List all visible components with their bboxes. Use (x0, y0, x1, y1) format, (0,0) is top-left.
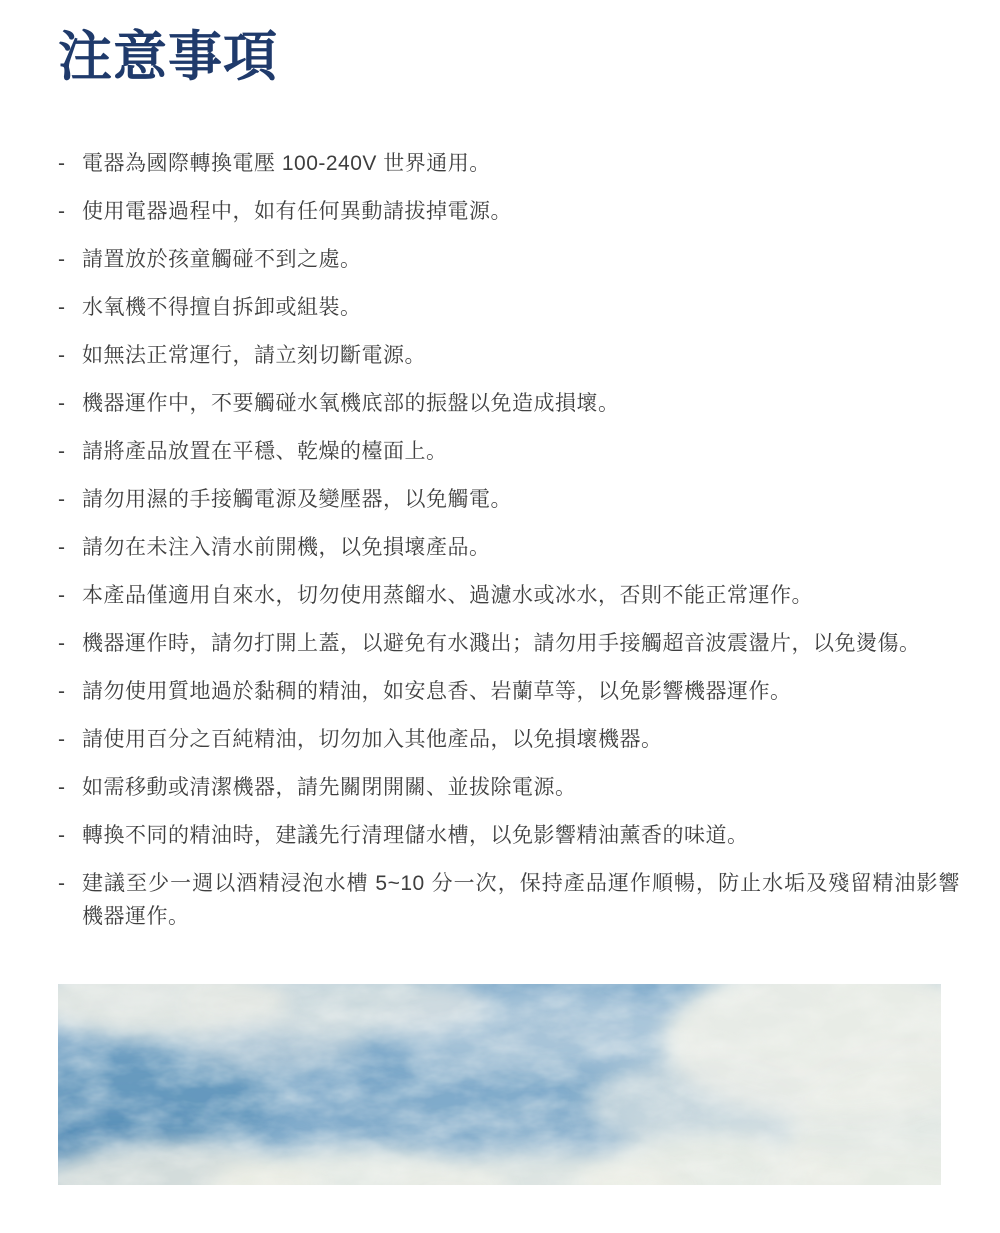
dash-bullet: - (58, 531, 82, 564)
precaution-item: - 請勿在未注入清水前開機，以免損壞產品。 (58, 531, 960, 564)
dash-bullet: - (58, 243, 82, 276)
precaution-item: - 轉換不同的精油時，建議先行清理儲水槽，以免影響精油薰香的味道。 (58, 819, 960, 852)
precaution-item-text: 請置放於孩童觸碰不到之處。 (82, 243, 960, 276)
precaution-item: - 機器運作中，不要觸碰水氧機底部的振盤以免造成損壞。 (58, 387, 960, 420)
dash-bullet: - (58, 867, 82, 933)
precaution-item-text: 轉換不同的精油時，建議先行清理儲水槽，以免影響精油薰香的味道。 (82, 819, 960, 852)
precaution-item: - 建議至少一週以酒精浸泡水槽 5~10 分一次，保持產品運作順暢，防止水垢及殘… (58, 867, 960, 933)
precaution-item: - 電器為國際轉換電壓 100-240V 世界通用。 (58, 147, 960, 180)
precaution-item: - 請使用百分之百純精油，切勿加入其他產品，以免損壞機器。 (58, 723, 960, 756)
precaution-item: - 如需移動或清潔機器，請先關閉開關、並拔除電源。 (58, 771, 960, 804)
precaution-item: - 請勿用濕的手接觸電源及變壓器，以免觸電。 (58, 483, 960, 516)
dash-bullet: - (58, 819, 82, 852)
dash-bullet: - (58, 147, 82, 180)
dash-bullet: - (58, 435, 82, 468)
precaution-item-text: 使用電器過程中，如有任何異動請拔掉電源。 (82, 195, 960, 228)
precaution-item-text: 請勿使用質地過於黏稠的精油，如安息香、岩蘭草等，以免影響機器運作。 (82, 675, 960, 708)
dash-bullet: - (58, 291, 82, 324)
clouds-image (58, 984, 941, 1185)
dash-bullet: - (58, 387, 82, 420)
precaution-list: - 電器為國際轉換電壓 100-240V 世界通用。 - 使用電器過程中，如有任… (58, 147, 960, 933)
precaution-item-text: 如無法正常運行，請立刻切斷電源。 (82, 339, 960, 372)
dash-bullet: - (58, 483, 82, 516)
precaution-item-text: 水氧機不得擅自拆卸或組裝。 (82, 291, 960, 324)
precaution-item: - 請將產品放置在平穩、乾燥的檯面上。 (58, 435, 960, 468)
precaution-item: - 請置放於孩童觸碰不到之處。 (58, 243, 960, 276)
dash-bullet: - (58, 339, 82, 372)
precaution-item-text: 本產品僅適用自來水，切勿使用蒸餾水、過濾水或冰水，否則不能正常運作。 (82, 579, 960, 612)
precaution-item: - 本產品僅適用自來水，切勿使用蒸餾水、過濾水或冰水，否則不能正常運作。 (58, 579, 960, 612)
precaution-item-text: 電器為國際轉換電壓 100-240V 世界通用。 (82, 147, 960, 180)
precaution-item-text: 請勿用濕的手接觸電源及變壓器，以免觸電。 (82, 483, 960, 516)
precaution-item: - 如無法正常運行，請立刻切斷電源。 (58, 339, 960, 372)
dash-bullet: - (58, 675, 82, 708)
precaution-item-text: 機器運作中，不要觸碰水氧機底部的振盤以免造成損壞。 (82, 387, 960, 420)
dash-bullet: - (58, 723, 82, 756)
precaution-item-text: 請勿在未注入清水前開機，以免損壞產品。 (82, 531, 960, 564)
precaution-item: - 機器運作時，請勿打開上蓋，以避免有水濺出；請勿用手接觸超音波震盪片，以免燙傷… (58, 627, 960, 660)
precaution-item-text: 機器運作時，請勿打開上蓋，以避免有水濺出；請勿用手接觸超音波震盪片，以免燙傷。 (82, 627, 960, 660)
precaution-item: - 請勿使用質地過於黏稠的精油，如安息香、岩蘭草等，以免影響機器運作。 (58, 675, 960, 708)
precaution-item-text: 請使用百分之百純精油，切勿加入其他產品，以免損壞機器。 (82, 723, 960, 756)
precaution-item-text: 如需移動或清潔機器，請先關閉開關、並拔除電源。 (82, 771, 960, 804)
dash-bullet: - (58, 627, 82, 660)
page-title: 注意事項 (58, 24, 960, 92)
precaution-item-text: 建議至少一週以酒精浸泡水槽 5~10 分一次，保持產品運作順暢，防止水垢及殘留精… (82, 867, 960, 933)
precautions-page: 注意事項 - 電器為國際轉換電壓 100-240V 世界通用。 - 使用電器過程… (0, 24, 1000, 1185)
precaution-item-text: 請將產品放置在平穩、乾燥的檯面上。 (82, 435, 960, 468)
cloud-texture (58, 984, 941, 1185)
dash-bullet: - (58, 195, 82, 228)
clouds-photo (58, 984, 941, 1185)
dash-bullet: - (58, 579, 82, 612)
precaution-item: - 使用電器過程中，如有任何異動請拔掉電源。 (58, 195, 960, 228)
precaution-item: - 水氧機不得擅自拆卸或組裝。 (58, 291, 960, 324)
dash-bullet: - (58, 771, 82, 804)
